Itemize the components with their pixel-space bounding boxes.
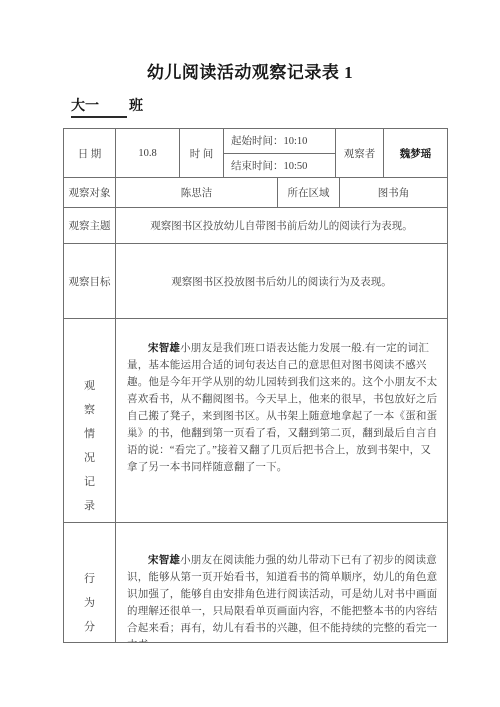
date-label: 日 期 [64,129,116,177]
class-suffix: 班 [129,99,143,114]
subject-value: 陈思洁 [116,178,278,207]
record-child-name: 宋智雄 [148,343,180,354]
subject-label: 观察对象 [64,178,116,207]
record-vertical-label: 观察情况记录 [83,319,96,518]
table-row-date-time-observer: 日 期 10.8 时 间 起始时间：10:10 结束时间：10:50 观察者 魏… [64,129,447,178]
observer-value: 魏梦瑶 [384,129,447,177]
start-time: 起始时间：10:10 [224,129,335,154]
class-line: 大一班 [71,95,143,118]
document-page: 幼儿阅读活动观察记录表 1 大一班 日 期 10.8 时 间 起始时间：10:1… [0,0,500,707]
table-row-subject-area: 观察对象 陈思洁 所在区域 图书角 [64,178,447,208]
table-row-theme: 观察主题 观察图书区投放幼儿自带图书前后幼儿的阅读行为表现。 [64,208,447,244]
area-label: 所在区域 [278,178,340,207]
time-values-cell: 起始时间：10:10 结束时间：10:50 [224,129,336,177]
observation-record-table: 日 期 10.8 时 间 起始时间：10:10 结束时间：10:50 观察者 魏… [63,128,448,643]
theme-value: 观察图书区投放幼儿自带图书前后幼儿的阅读行为表现。 [116,208,447,243]
page-title: 幼儿阅读活动观察记录表 1 [0,58,500,83]
analysis-text: 小朋友在阅读能力强的幼儿带动下已有了初步的阅读意识，能够从第一页开始看书，知道看… [127,555,437,642]
goal-label: 观察目标 [64,244,116,318]
record-text: 小朋友是我们班口语表达能力发展一般.有一定的词汇量，基本能运用合适的词句表达自己… [127,343,437,473]
record-label-cell: 观察情况记录 [64,319,116,522]
date-value: 10.8 [116,129,180,177]
class-name: 大一 [71,99,99,114]
time-label: 时 间 [180,129,224,177]
analysis-paragraph: 宋智雄小朋友在阅读能力强的幼儿带动下已有了初步的阅读意识，能够从第一页开始看书，… [127,552,440,642]
class-name-underlined: 大一 [71,95,127,118]
theme-label: 观察主题 [64,208,116,243]
analysis-label-cell: 行为分 [64,523,116,642]
analysis-content-cell: 宋智雄小朋友在阅读能力强的幼儿带动下已有了初步的阅读意识，能够从第一页开始看书，… [116,523,447,642]
end-time: 结束时间：10:50 [224,154,335,178]
area-value: 图书角 [340,178,447,207]
table-row-record: 观察情况记录 宋智雄小朋友是我们班口语表达能力发展一般.有一定的词汇量，基本能运… [64,319,447,523]
goal-value: 观察图书区投放图书后幼儿的阅读行为及表现。 [116,244,447,318]
table-row-analysis: 行为分 宋智雄小朋友在阅读能力强的幼儿带动下已有了初步的阅读意识，能够从第一页开… [64,523,447,642]
record-paragraph: 宋智雄小朋友是我们班口语表达能力发展一般.有一定的词汇量，基本能运用合适的词句表… [127,340,440,476]
record-content-cell: 宋智雄小朋友是我们班口语表达能力发展一般.有一定的词汇量，基本能运用合适的词句表… [116,319,447,522]
observer-label: 观察者 [336,129,384,177]
table-row-goal: 观察目标 观察图书区投放图书后幼儿的阅读行为及表现。 [64,244,447,319]
analysis-vertical-label: 行为分 [83,523,96,639]
analysis-child-name: 宋智雄 [148,555,180,566]
